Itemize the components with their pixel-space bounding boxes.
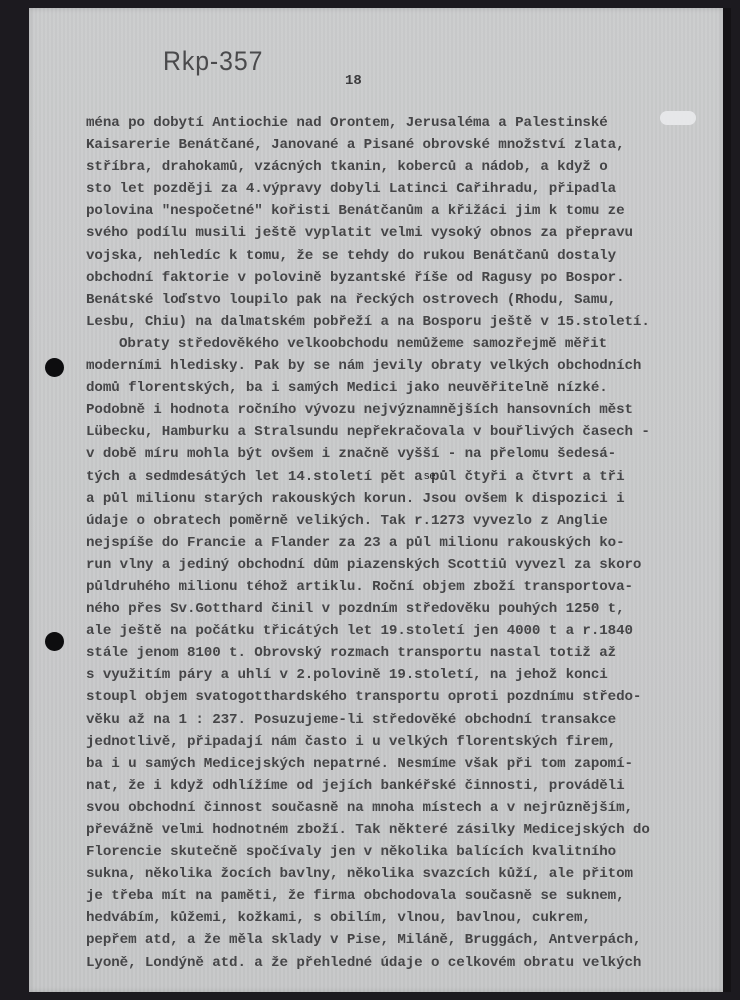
text-line: údaje o obratech poměrně velikých. Tak r…	[86, 510, 716, 532]
text-line: svou obchodní činnost současně na mnoha …	[86, 797, 716, 819]
text-line: Lübecku, Hamburku a Stralsundu nepřekrač…	[86, 421, 716, 443]
punch-hole-marker	[45, 358, 64, 377]
text-line: sukna, několika žocích bavlny, několika …	[86, 863, 716, 885]
text-line: nejspíše do Francie a Flander za 23 a pů…	[86, 532, 716, 554]
archive-reference-mark: Rkp-357	[163, 46, 263, 77]
page-number: 18	[345, 73, 362, 89]
text-line: pepřem atd, a že měla sklady v Pise, Mil…	[86, 929, 716, 951]
text-line: sto let později za 4.výpravy dobyli Lati…	[86, 178, 716, 200]
text-line: svého podílu musili ještě vyplatit velmi…	[86, 222, 716, 244]
text-line: ba i u samých Medicejských nepatrné. Nes…	[86, 753, 716, 775]
text-line: stále jenom 8100 t. Obrovský rozmach tra…	[86, 642, 716, 664]
text-line: je třeba mít na paměti, že firma obchodo…	[86, 885, 716, 907]
text-line: moderními hledisky. Pak by se nám jevily…	[86, 355, 716, 377]
text-line: stoupl objem svatogotthardského transpor…	[86, 686, 716, 708]
text-line: nat, že i když odhlížíme od jejích banké…	[86, 775, 716, 797]
text-line: stříbra, drahokamů, vzácných tkanin, kob…	[86, 156, 716, 178]
text-line: Florencie skutečně spočívaly jen v někol…	[86, 841, 716, 863]
punch-hole-marker	[45, 632, 64, 651]
document-page: Rkp-357 18 ména po dobytí Antiochie nad …	[29, 8, 723, 992]
text-line: tých a sedmdesátých let 14.století pět a…	[86, 466, 716, 488]
text-line: hedvábím, kůžemi, kožkami, s obilím, vln…	[86, 907, 716, 929]
text-line: Benátské loďstvo loupilo pak na řeckých …	[86, 289, 716, 311]
text-line: Kaisarerie Benátčané, Janované a Pisané …	[86, 134, 716, 156]
text-line: ména po dobytí Antiochie nad Orontem, Je…	[86, 112, 716, 134]
typewritten-body-text: ména po dobytí Antiochie nad Orontem, Je…	[86, 112, 716, 974]
text-line: ného přes Sv.Gotthard činil v pozdním st…	[86, 598, 716, 620]
handwritten-insertion: se	[424, 470, 436, 482]
text-line: věku až na 1 : 237. Posuzujeme-li středo…	[86, 709, 716, 731]
text-line: v době míru mohla být ovšem i značně vyš…	[86, 443, 716, 465]
text-line: obchodní faktorie v polovině byzantské ř…	[86, 267, 716, 289]
text-line: a půl milionu starých rakouských korun. …	[86, 488, 716, 510]
text-line: Lyoně, Londýně atd. a že přehledné údaje…	[86, 952, 716, 974]
text-line: převážně velmi hodnotném zboží. Tak někt…	[86, 819, 716, 841]
text-line: půldruhého milionu téhož artiklu. Roční …	[86, 576, 716, 598]
text-line: polovina "nespočetné" kořisti Benátčanům…	[86, 200, 716, 222]
text-line: jednotlivě, připadají nám často i u velk…	[86, 731, 716, 753]
text-line: Obraty středověkého velkoobchodu nemůžem…	[86, 333, 716, 355]
text-line: s využitím páry a uhlí v 2.polovině 19.s…	[86, 664, 716, 686]
text-line: domů florentských, ba i samých Medici ja…	[86, 377, 716, 399]
text-line: vojska, nehledíc k tomu, že se tehdy do …	[86, 245, 716, 267]
text-line: Podobně i hodnota ročního vývozu nejvýzn…	[86, 399, 716, 421]
text-line: ale ještě na počátku třicátých let 19.st…	[86, 620, 716, 642]
text-line: Lesbu, Chiu) na dalmatském pobřeží a na …	[86, 311, 716, 333]
text-line: run vlny a jediný obchodní dům piazenský…	[86, 554, 716, 576]
